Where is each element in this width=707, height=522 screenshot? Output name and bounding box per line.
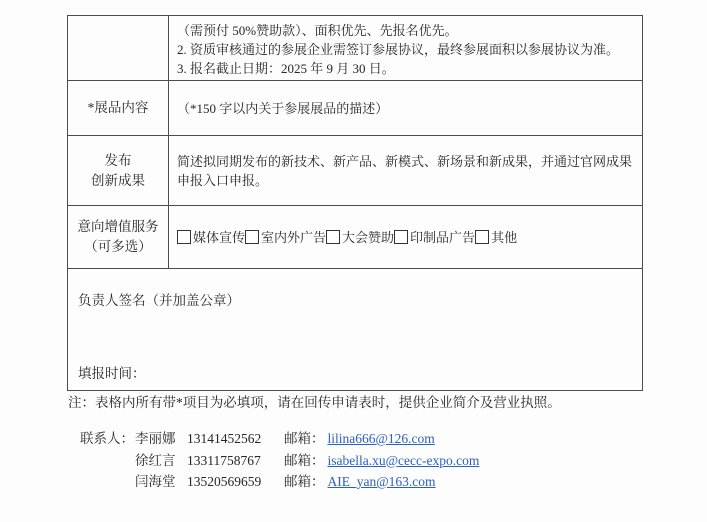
terms-line-3: 3. 报名截止日期：2025 年 9 月 30 日。 (177, 59, 642, 78)
exhibit-content-field[interactable]: （*150 字以内关于参展展品的描述） (169, 81, 643, 136)
checkbox-other[interactable] (475, 230, 489, 244)
innovation-label-line1: 发布 (70, 151, 166, 171)
date-label: 填报时间： (78, 362, 632, 382)
innovation-label: 发布 创新成果 (68, 136, 169, 206)
innovation-label-line2: 创新成果 (70, 171, 166, 191)
mail-label-3: 邮箱： (284, 471, 325, 493)
application-form-table: （需预付 50%赞助款）、面积优先、先报名优先。 2. 资质审核通过的参展企业需… (67, 15, 643, 391)
checkbox-conference-sponsor[interactable] (326, 230, 340, 244)
table-row-terms: （需预付 50%赞助款）、面积优先、先报名优先。 2. 资质审核通过的参展企业需… (68, 16, 643, 81)
contact-row-1: 联系人：李丽娜13141452562邮箱：lilina666@126.com (80, 428, 479, 450)
table-row-signature: 负责人签名（并加盖公章） 填报时间： (68, 269, 643, 391)
option-label-media-promotion: 媒体宣传 (193, 230, 245, 245)
option-other: 其他 (475, 230, 517, 245)
option-label-other: 其他 (491, 230, 517, 245)
services-options-cell: 媒体宣传室内外广告大会赞助印制品广告其他 (169, 206, 643, 269)
services-label-line1: 意向增值服务 (70, 217, 166, 237)
signature-cell[interactable]: 负责人签名（并加盖公章） 填报时间： (68, 269, 643, 391)
option-label-conference-sponsor: 大会赞助 (342, 230, 394, 245)
option-print-ads: 印制品广告 (394, 230, 475, 245)
contact-row-2: 徐红言13311758767邮箱：isabella.xu@cecc-expo.c… (80, 450, 479, 472)
table-row-exhibit-content: *展品内容 （*150 字以内关于参展展品的描述） (68, 81, 643, 136)
contacts-block: 联系人：李丽娜13141452562邮箱：lilina666@126.com 徐… (80, 428, 479, 493)
contact-name-2: 徐红言 (135, 450, 187, 472)
contacts-prefix-spacer-3 (80, 471, 135, 493)
terms-content-cell: （需预付 50%赞助款）、面积优先、先报名优先。 2. 资质审核通过的参展企业需… (169, 16, 643, 81)
contact-phone-2: 13311758767 (187, 450, 269, 472)
signature-label: 负责人签名（并加盖公章） (78, 289, 632, 309)
option-conference-sponsor: 大会赞助 (326, 230, 394, 245)
services-label: 意向增值服务 （可多选） (68, 206, 169, 269)
option-label-indoor-outdoor-ads: 室内外广告 (261, 230, 326, 245)
contact-phone-1: 13141452562 (187, 428, 269, 450)
exhibit-content-label: *展品内容 (68, 81, 169, 136)
option-label-print-ads: 印制品广告 (410, 230, 475, 245)
option-media-promotion: 媒体宣传 (177, 230, 245, 245)
option-indoor-outdoor-ads: 室内外广告 (245, 230, 326, 245)
table-row-innovation: 发布 创新成果 简述拟同期发布的新技术、新产品、新模式、新场景和新成果，并通过官… (68, 136, 643, 206)
email-link-2[interactable]: isabella.xu@cecc-expo.com (328, 450, 480, 472)
terms-line-1: （需预付 50%赞助款）、面积优先、先报名优先。 (177, 21, 642, 40)
note-text: 注：表格内所有带*项目为必填项，请在回传申请表时，提供企业简介及营业执照。 (68, 391, 561, 411)
email-link-1[interactable]: lilina666@126.com (328, 428, 435, 450)
table-row-services: 意向增值服务 （可多选） 媒体宣传室内外广告大会赞助印制品广告其他 (68, 206, 643, 269)
checkbox-media-promotion[interactable] (177, 230, 191, 244)
email-link-3[interactable]: AIE_yan@163.com (328, 471, 436, 493)
innovation-field[interactable]: 简述拟同期发布的新技术、新产品、新模式、新场景和新成果，并通过官网成果申报入口申… (169, 136, 643, 206)
contact-name-1: 李丽娜 (135, 428, 187, 450)
contact-name-3: 闫海堂 (135, 471, 187, 493)
contacts-prefix-spacer-2 (80, 450, 135, 472)
contact-row-3: 闫海堂13520569659邮箱：AIE_yan@163.com (80, 471, 479, 493)
mail-label-1: 邮箱： (284, 428, 325, 450)
checkbox-print-ads[interactable] (394, 230, 408, 244)
contact-phone-3: 13520569659 (187, 471, 269, 493)
services-label-line2: （可多选） (70, 237, 166, 257)
terms-line-2: 2. 资质审核通过的参展企业需签订参展协议，最终参展面积以参展协议为准。 (177, 40, 642, 59)
contacts-prefix-label: 联系人： (80, 428, 135, 450)
checkbox-indoor-outdoor-ads[interactable] (245, 230, 259, 244)
terms-label-cell-empty (68, 16, 169, 81)
mail-label-2: 邮箱： (284, 450, 325, 472)
